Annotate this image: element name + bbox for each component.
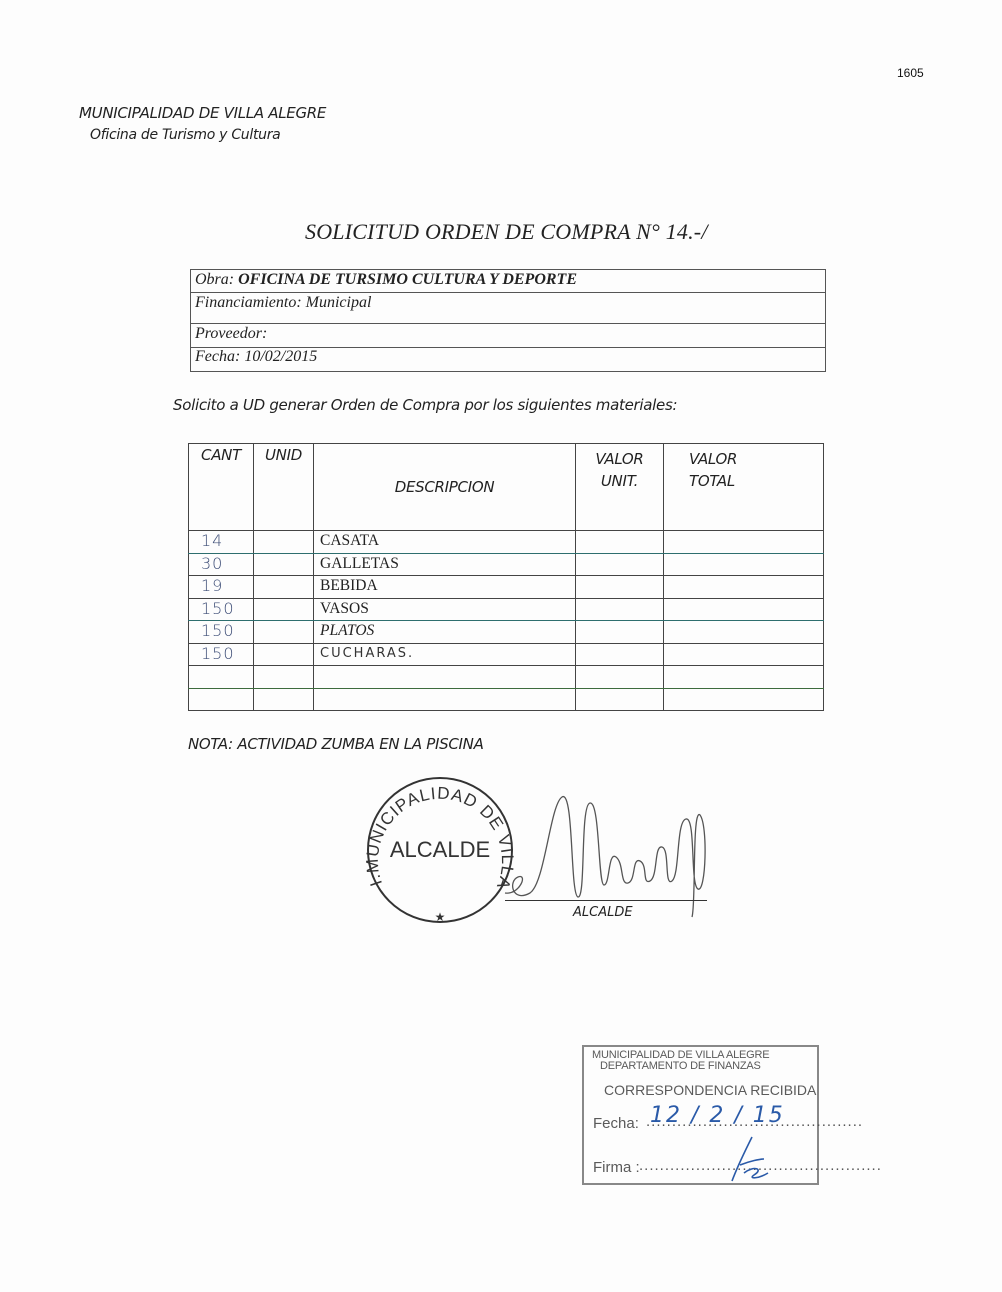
request-intro: Solicito a UD generar Orden de Compra po… [173, 396, 677, 414]
cell-unid [254, 531, 314, 554]
cell-valor-total [664, 531, 824, 554]
stamp-fecha-label: Fecha: [593, 1115, 639, 1132]
header-valor-unit-line2: UNIT. [601, 472, 638, 490]
stamp-initials-mark [724, 1135, 774, 1183]
info-box: Obra: OFICINA DE TURSIMO CULTURA Y DEPOR… [190, 269, 826, 372]
organization-name: MUNICIPALIDAD DE VILLA ALEGRE [79, 104, 326, 122]
received-stamp: MUNICIPALIDAD DE VILLA ALEGRE DEPARTAMEN… [582, 1045, 819, 1185]
signature-mark [500, 785, 720, 925]
cell-valor-unit [576, 531, 664, 554]
office-name: Oficina de Turismo y Cultura [90, 127, 280, 143]
cell-descripcion: BEBIDA [314, 576, 576, 599]
seal-center-text: ALCALDE [390, 837, 490, 862]
cell-descripcion: PLATOS [314, 621, 576, 644]
proveedor-label: Proveedor: [195, 325, 267, 342]
info-row-obra: Obra: OFICINA DE TURSIMO CULTURA Y DEPOR… [191, 270, 825, 293]
table-row: 30 GALLETAS [189, 553, 824, 576]
cell-valor-total [664, 666, 824, 689]
info-row-proveedor: Proveedor: [191, 324, 825, 348]
cell-valor-unit [576, 643, 664, 666]
fecha-label: Fecha: [195, 348, 244, 365]
header-valor-total-line2: TOTAL [689, 472, 735, 490]
header-cant: CANT [189, 444, 254, 531]
financiamiento-value: Municipal [306, 294, 372, 311]
signature-line [505, 900, 707, 901]
cell-valor-unit [576, 598, 664, 621]
cell-valor-unit [576, 688, 664, 711]
cell-valor-total [664, 688, 824, 711]
stamp-line2: DEPARTAMENTO DE FINANZAS [600, 1060, 761, 1072]
materials-table: CANT UNID DESCRIPCION VALORUNIT. VALORTO… [188, 443, 824, 711]
obra-value: OFICINA DE TURSIMO CULTURA Y DEPORTE [238, 271, 577, 288]
cell-cant [189, 666, 254, 689]
cell-unid [254, 643, 314, 666]
cell-cant: 19 [189, 576, 254, 599]
svg-text:★: ★ [435, 910, 446, 924]
cell-valor-unit [576, 666, 664, 689]
stamp-line3: CORRESPONDENCIA RECIBIDA [604, 1082, 816, 1098]
cell-unid [254, 553, 314, 576]
cell-unid [254, 688, 314, 711]
cell-cant: 150 [189, 621, 254, 644]
cell-unid [254, 666, 314, 689]
cell-cant: 30 [189, 553, 254, 576]
cell-cant: 14 [189, 531, 254, 554]
table-row [189, 688, 824, 711]
cell-unid [254, 598, 314, 621]
mayor-seal-icon: I.MUNICIPALIDAD DE VILLA ALEGRE ALCALDE … [365, 775, 515, 925]
cell-descripcion: VASOS [314, 598, 576, 621]
financiamiento-label: Financiamiento: [195, 294, 306, 311]
cell-valor-total [664, 621, 824, 644]
header-valor-total-line1: VALOR [689, 450, 737, 468]
cell-cant [189, 688, 254, 711]
cell-valor-total [664, 598, 824, 621]
document-title: SOLICITUD ORDEN DE COMPRA N° 14.-/ [305, 219, 708, 245]
cell-valor-unit [576, 576, 664, 599]
obra-label: Obra: [195, 271, 238, 288]
table-row: 150 CUCHARAS. [189, 643, 824, 666]
cell-cant: 150 [189, 598, 254, 621]
header-unid: UNID [254, 444, 314, 531]
cell-unid [254, 576, 314, 599]
cell-valor-unit [576, 553, 664, 576]
cell-descripcion: CUCHARAS. [314, 643, 576, 666]
table-header-row: CANT UNID DESCRIPCION VALORUNIT. VALORTO… [189, 444, 824, 531]
cell-descripcion [314, 666, 576, 689]
table-row: 19 BEBIDA [189, 576, 824, 599]
cell-descripcion [314, 688, 576, 711]
cell-valor-unit [576, 621, 664, 644]
note: NOTA: ACTIVIDAD ZUMBA EN LA PISCINA [188, 735, 484, 753]
cell-cant: 150 [189, 643, 254, 666]
header-descripcion: DESCRIPCION [314, 444, 576, 531]
stamp-firma-label: Firma : [593, 1159, 640, 1176]
cell-valor-total [664, 553, 824, 576]
table-row: 150 VASOS [189, 598, 824, 621]
header-valor-unit: VALORUNIT. [576, 444, 664, 531]
info-row-fecha: Fecha: 10/02/2015 [191, 348, 825, 371]
table-row: 150 PLATOS [189, 621, 824, 644]
cell-valor-total [664, 643, 824, 666]
cell-unid [254, 621, 314, 644]
cell-descripcion: GALLETAS [314, 553, 576, 576]
signature-title: ALCALDE [573, 905, 633, 920]
table-row: 14 CASATA [189, 531, 824, 554]
cell-descripcion: CASATA [314, 531, 576, 554]
page-number: 1605 [897, 66, 924, 80]
cell-valor-total [664, 576, 824, 599]
header-valor-total: VALORTOTAL [664, 444, 824, 531]
fecha-value: 10/02/2015 [244, 348, 317, 365]
header-valor-unit-line1: VALOR [595, 450, 643, 468]
table-row [189, 666, 824, 689]
stamp-fecha-value: 12 / 2 / 15 [650, 1103, 785, 1128]
info-row-financiamiento: Financiamiento: Municipal [191, 293, 825, 324]
